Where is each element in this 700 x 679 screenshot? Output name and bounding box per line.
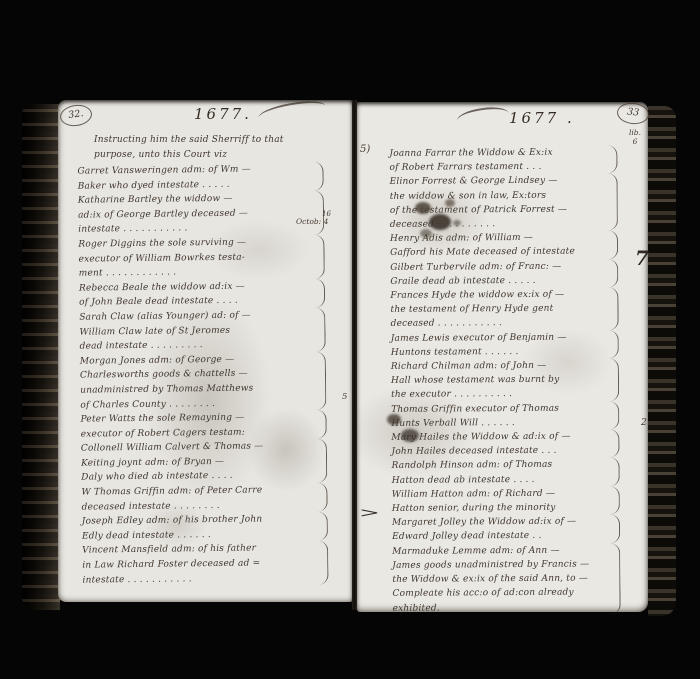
probate-entry: Vincent Mansfield adm: of his father in … — [82, 541, 329, 588]
probate-entry: Randolph Hinson adm: of Thomas Hatton de… — [392, 458, 620, 488]
probate-entry: William Hatton adm: of Richard — Hatton … — [392, 486, 620, 516]
right-page: 1677 . 33 lib. 6 5) Joanna Farrar the Wi… — [357, 102, 648, 612]
probate-entry: Frances Hyde the widdow ex:ix of — the t… — [390, 287, 618, 331]
left-page-number: 32. — [59, 103, 94, 128]
open-book: 32. 1677. Instructing him the said Sherr… — [22, 98, 678, 620]
probate-entry: Sarah Claw (alias Younger) ad: of — Will… — [79, 308, 326, 355]
right-page-number: 33 — [616, 101, 650, 125]
probate-entry: Collonell William Calvert & Thomas — Kei… — [81, 439, 328, 486]
probate-entry: Roger Diggins the sole surviving — execu… — [78, 235, 325, 282]
left-year-heading: 1677. — [194, 105, 252, 123]
probate-entry: Katharine Bartley the widdow — ad:ix of … — [78, 191, 325, 238]
left-page-number-text: 32. — [68, 108, 84, 121]
probate-entry: Garret Vansweringen adm: of Wm — Baker w… — [77, 162, 323, 194]
probate-entry: Margaret Jolley the Widdow ad:ix of — Ed… — [392, 515, 620, 545]
ink-stain — [445, 199, 455, 207]
ink-stain — [420, 229, 432, 238]
probate-entry: W Thomas Griffin adm: of Peter Carre dec… — [81, 483, 327, 515]
right-entries: Joanna Farrar the Widdow & Ex:ix of Robe… — [389, 145, 642, 615]
liber-label: lib. — [629, 128, 641, 137]
probate-entry: Morgan Jones adm: of George — Charleswor… — [80, 351, 327, 412]
probate-entry: Joseph Edley adm: of his brother John Ed… — [82, 512, 328, 544]
probate-entry: Joanna Farrar the Widdow & Ex:ix of Robe… — [389, 145, 617, 175]
paragraph-mark: 5) — [360, 144, 370, 155]
margin-mark-two: 2 — [641, 418, 647, 428]
margin-chevron: > — [359, 506, 380, 521]
right-page-number-text: 33 — [627, 106, 640, 118]
ink-stain — [401, 429, 419, 442]
probate-entry: James Lewis executor of Benjamin — Hunto… — [391, 330, 619, 360]
pen-flourish — [456, 104, 510, 129]
ink-stain — [387, 414, 401, 425]
ink-stain — [453, 220, 461, 226]
right-year-heading: 1677 . — [509, 109, 575, 127]
probate-entry: Mary Hailes the Widdow & ad:ix of — John… — [391, 429, 619, 459]
ink-stain — [429, 214, 451, 230]
left-page: 32. 1677. Instructing him the said Sherr… — [58, 100, 352, 602]
margin-date-text: Octob: 4 — [296, 217, 328, 226]
book-fore-edge — [648, 106, 676, 616]
probate-entry: Rebecca Beale the widdow ad:ix — of John… — [79, 278, 325, 310]
probate-entry: Marmaduke Lemme adm: of Ann — James good… — [392, 543, 620, 616]
probate-entry: Peter Watts the sole Remayning — executo… — [80, 410, 326, 442]
pen-flourish — [257, 97, 327, 127]
manuscript-photo: 32. 1677. Instructing him the said Sherr… — [0, 0, 700, 679]
margin-mark-five: 5 — [342, 392, 347, 402]
margin-number-seven: 7 — [635, 246, 649, 270]
court-intro-text: Instructing him the said Sherriff to tha… — [94, 133, 340, 162]
liber-note: lib. 6 — [629, 128, 641, 146]
probate-entry: Thomas Griffin executor of Thomas Hunts … — [391, 401, 619, 431]
probate-entry: Gilbert Turbervile adm: of Franc: — Grai… — [390, 259, 618, 289]
probate-entry: Richard Chilman adm: of John — Hall whos… — [391, 358, 619, 402]
book-spine-edge — [22, 104, 60, 610]
ink-stain — [415, 202, 431, 214]
margin-date-note: 16 Octob: 4 — [296, 210, 331, 226]
